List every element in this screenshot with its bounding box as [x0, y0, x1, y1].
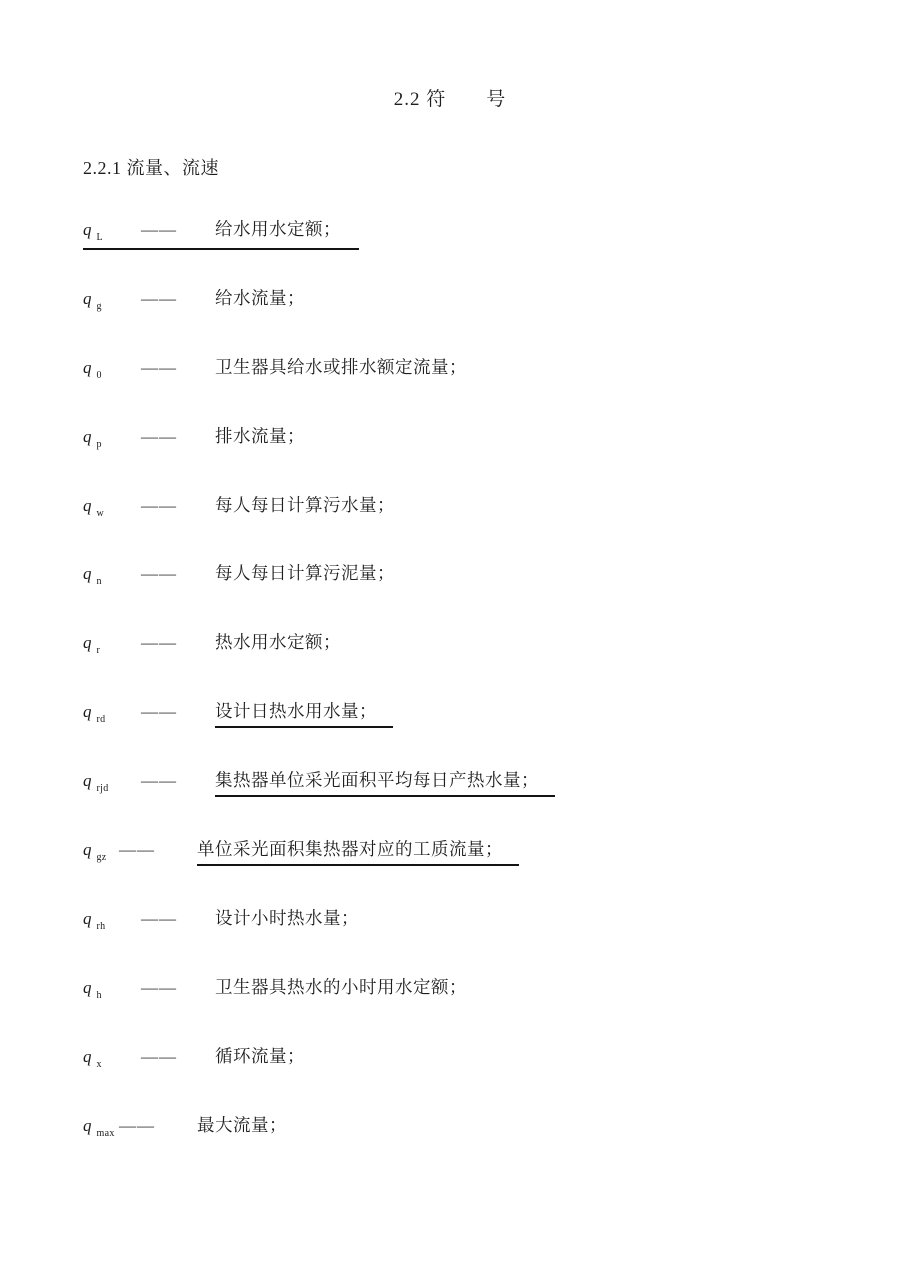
- symbol-row-content: qrd——设计日热水用水量；: [83, 698, 393, 730]
- symbol-row-content: qw——每人每日计算污水量；: [83, 492, 395, 524]
- symbol-row: qx——循环流量；: [83, 1043, 843, 1112]
- symbol-base: q: [83, 496, 92, 515]
- symbol-row-content: qx——循环流量；: [83, 1043, 305, 1075]
- symbol-definition: 每人每日计算污泥量；: [215, 560, 395, 588]
- symbol-definition: 循环流量；: [215, 1043, 305, 1071]
- symbol-base: q: [83, 978, 92, 997]
- symbol: qrjd: [83, 768, 117, 797]
- symbol-definition: 设计日热水用水量；: [215, 698, 393, 728]
- symbol: q0: [83, 355, 117, 384]
- definition-dash: ——: [141, 630, 177, 656]
- symbol-definition: 每人每日计算污水量；: [215, 492, 395, 520]
- symbol: qgz: [83, 837, 117, 866]
- definition-dash: ——: [141, 768, 177, 794]
- symbol-definition: 设计小时热水量；: [215, 905, 359, 933]
- symbol: qmax: [83, 1113, 117, 1142]
- symbol: qg: [83, 286, 117, 315]
- section-title: 2.2 符 号: [0, 84, 900, 111]
- definition-dash: ——: [119, 1113, 155, 1139]
- symbol-subscript: h: [97, 990, 102, 1001]
- symbol-base: q: [83, 427, 92, 446]
- symbol-definition: 集热器单位采光面积平均每日产热水量；: [215, 767, 555, 797]
- symbol: qL: [83, 217, 117, 246]
- symbol-row: qn——每人每日计算污泥量；: [83, 560, 843, 629]
- symbol-base: q: [83, 564, 92, 583]
- definition-dash: ——: [141, 906, 177, 932]
- symbol-subscript: L: [97, 232, 103, 243]
- subsection-heading: 2.2.1 流量、流速: [83, 154, 219, 180]
- definition-dash: ——: [141, 493, 177, 519]
- symbol-row-content: qgz——单位采光面积集热器对应的工质流量；: [83, 836, 519, 868]
- definition-dash: ——: [141, 561, 177, 587]
- symbol-row: qr——热水用水定额；: [83, 629, 843, 698]
- symbol-definition: 最大流量；: [197, 1112, 287, 1140]
- symbol-row: qp——排水流量；: [83, 423, 843, 492]
- symbol-subscript: rh: [97, 921, 106, 932]
- symbol-row-content: qL——给水用水定额；: [83, 216, 359, 250]
- symbol-subscript: x: [97, 1059, 102, 1070]
- symbol-subscript: rd: [97, 714, 106, 725]
- symbol: qrd: [83, 699, 117, 728]
- symbol: qn: [83, 561, 117, 590]
- definition-dash: ——: [141, 286, 177, 312]
- symbol-subscript: r: [97, 645, 101, 656]
- symbol-row-content: q0——卫生器具给水或排水额定流量；: [83, 354, 467, 386]
- definition-dash: ——: [141, 699, 177, 725]
- definition-dash: ——: [141, 355, 177, 381]
- symbol-base: q: [83, 633, 92, 652]
- definition-dash: ——: [141, 975, 177, 1001]
- definition-dash: ——: [141, 424, 177, 450]
- symbol-row: qrh——设计小时热水量；: [83, 905, 843, 974]
- symbol-row: qgz——单位采光面积集热器对应的工质流量；: [83, 836, 843, 905]
- symbol-base: q: [83, 702, 92, 721]
- symbol-subscript: w: [97, 508, 105, 519]
- symbol-subscript: p: [97, 439, 102, 450]
- symbol-row-content: qr——热水用水定额；: [83, 629, 341, 661]
- symbol: qp: [83, 424, 117, 453]
- symbol-base: q: [83, 1047, 92, 1066]
- symbol-row: qL——给水用水定额；: [83, 216, 843, 285]
- symbol-base: q: [83, 289, 92, 308]
- definition-dash: ——: [119, 837, 155, 863]
- symbol-subscript: gz: [97, 852, 107, 863]
- symbol: qr: [83, 630, 117, 659]
- symbol-base: q: [83, 840, 92, 859]
- symbol-definition: 给水用水定额；: [215, 216, 341, 244]
- definition-dash: ——: [141, 217, 177, 243]
- symbol: qrh: [83, 906, 117, 935]
- symbol-definition: 单位采光面积集热器对应的工质流量；: [197, 836, 519, 866]
- document-page: 2.2 符 号 2.2.1 流量、流速 qL——给水用水定额； qg——给水流量…: [0, 0, 900, 1273]
- symbol-row-content: qn——每人每日计算污泥量；: [83, 560, 395, 592]
- symbol-row: qh——卫生器具热水的小时用水定额；: [83, 974, 843, 1043]
- symbol-row-content: qmax——最大流量；: [83, 1112, 287, 1144]
- symbol-subscript: n: [97, 576, 102, 587]
- symbol: qx: [83, 1044, 117, 1073]
- symbol-base: q: [83, 909, 92, 928]
- symbol-row-content: qrjd——集热器单位采光面积平均每日产热水量；: [83, 767, 555, 799]
- symbol-definition: 热水用水定额；: [215, 629, 341, 657]
- symbol-row: qrd——设计日热水用水量；: [83, 698, 843, 767]
- symbol-list: qL——给水用水定额； qg——给水流量； q0——卫生器具给水或排水额定流量；…: [83, 216, 843, 1180]
- symbol-definition: 卫生器具热水的小时用水定额；: [215, 974, 467, 1002]
- symbol-subscript: g: [97, 301, 102, 312]
- symbol-base: q: [83, 358, 92, 377]
- symbol-row: qg——给水流量；: [83, 285, 843, 354]
- symbol-base: q: [83, 1116, 92, 1135]
- symbol: qh: [83, 975, 117, 1004]
- symbol-subscript: rjd: [97, 783, 109, 794]
- symbol-base: q: [83, 771, 92, 790]
- symbol-row-content: qh——卫生器具热水的小时用水定额；: [83, 974, 467, 1006]
- symbol-row-content: qrh——设计小时热水量；: [83, 905, 359, 937]
- symbol-row-content: qp——排水流量；: [83, 423, 305, 455]
- symbol-definition: 卫生器具给水或排水额定流量；: [215, 354, 467, 382]
- symbol-definition: 排水流量；: [215, 423, 305, 451]
- symbol-row: q0——卫生器具给水或排水额定流量；: [83, 354, 843, 423]
- symbol-definition: 给水流量；: [215, 285, 305, 313]
- symbol-subscript: 0: [97, 370, 102, 381]
- symbol-row-content: qg——给水流量；: [83, 285, 305, 317]
- symbol: qw: [83, 493, 117, 522]
- definition-dash: ——: [141, 1044, 177, 1070]
- symbol-row: qw——每人每日计算污水量；: [83, 492, 843, 561]
- symbol-subscript: max: [97, 1128, 115, 1139]
- symbol-row: qrjd——集热器单位采光面积平均每日产热水量；: [83, 767, 843, 836]
- symbol-row: qmax——最大流量；: [83, 1112, 843, 1181]
- symbol-base: q: [83, 220, 92, 239]
